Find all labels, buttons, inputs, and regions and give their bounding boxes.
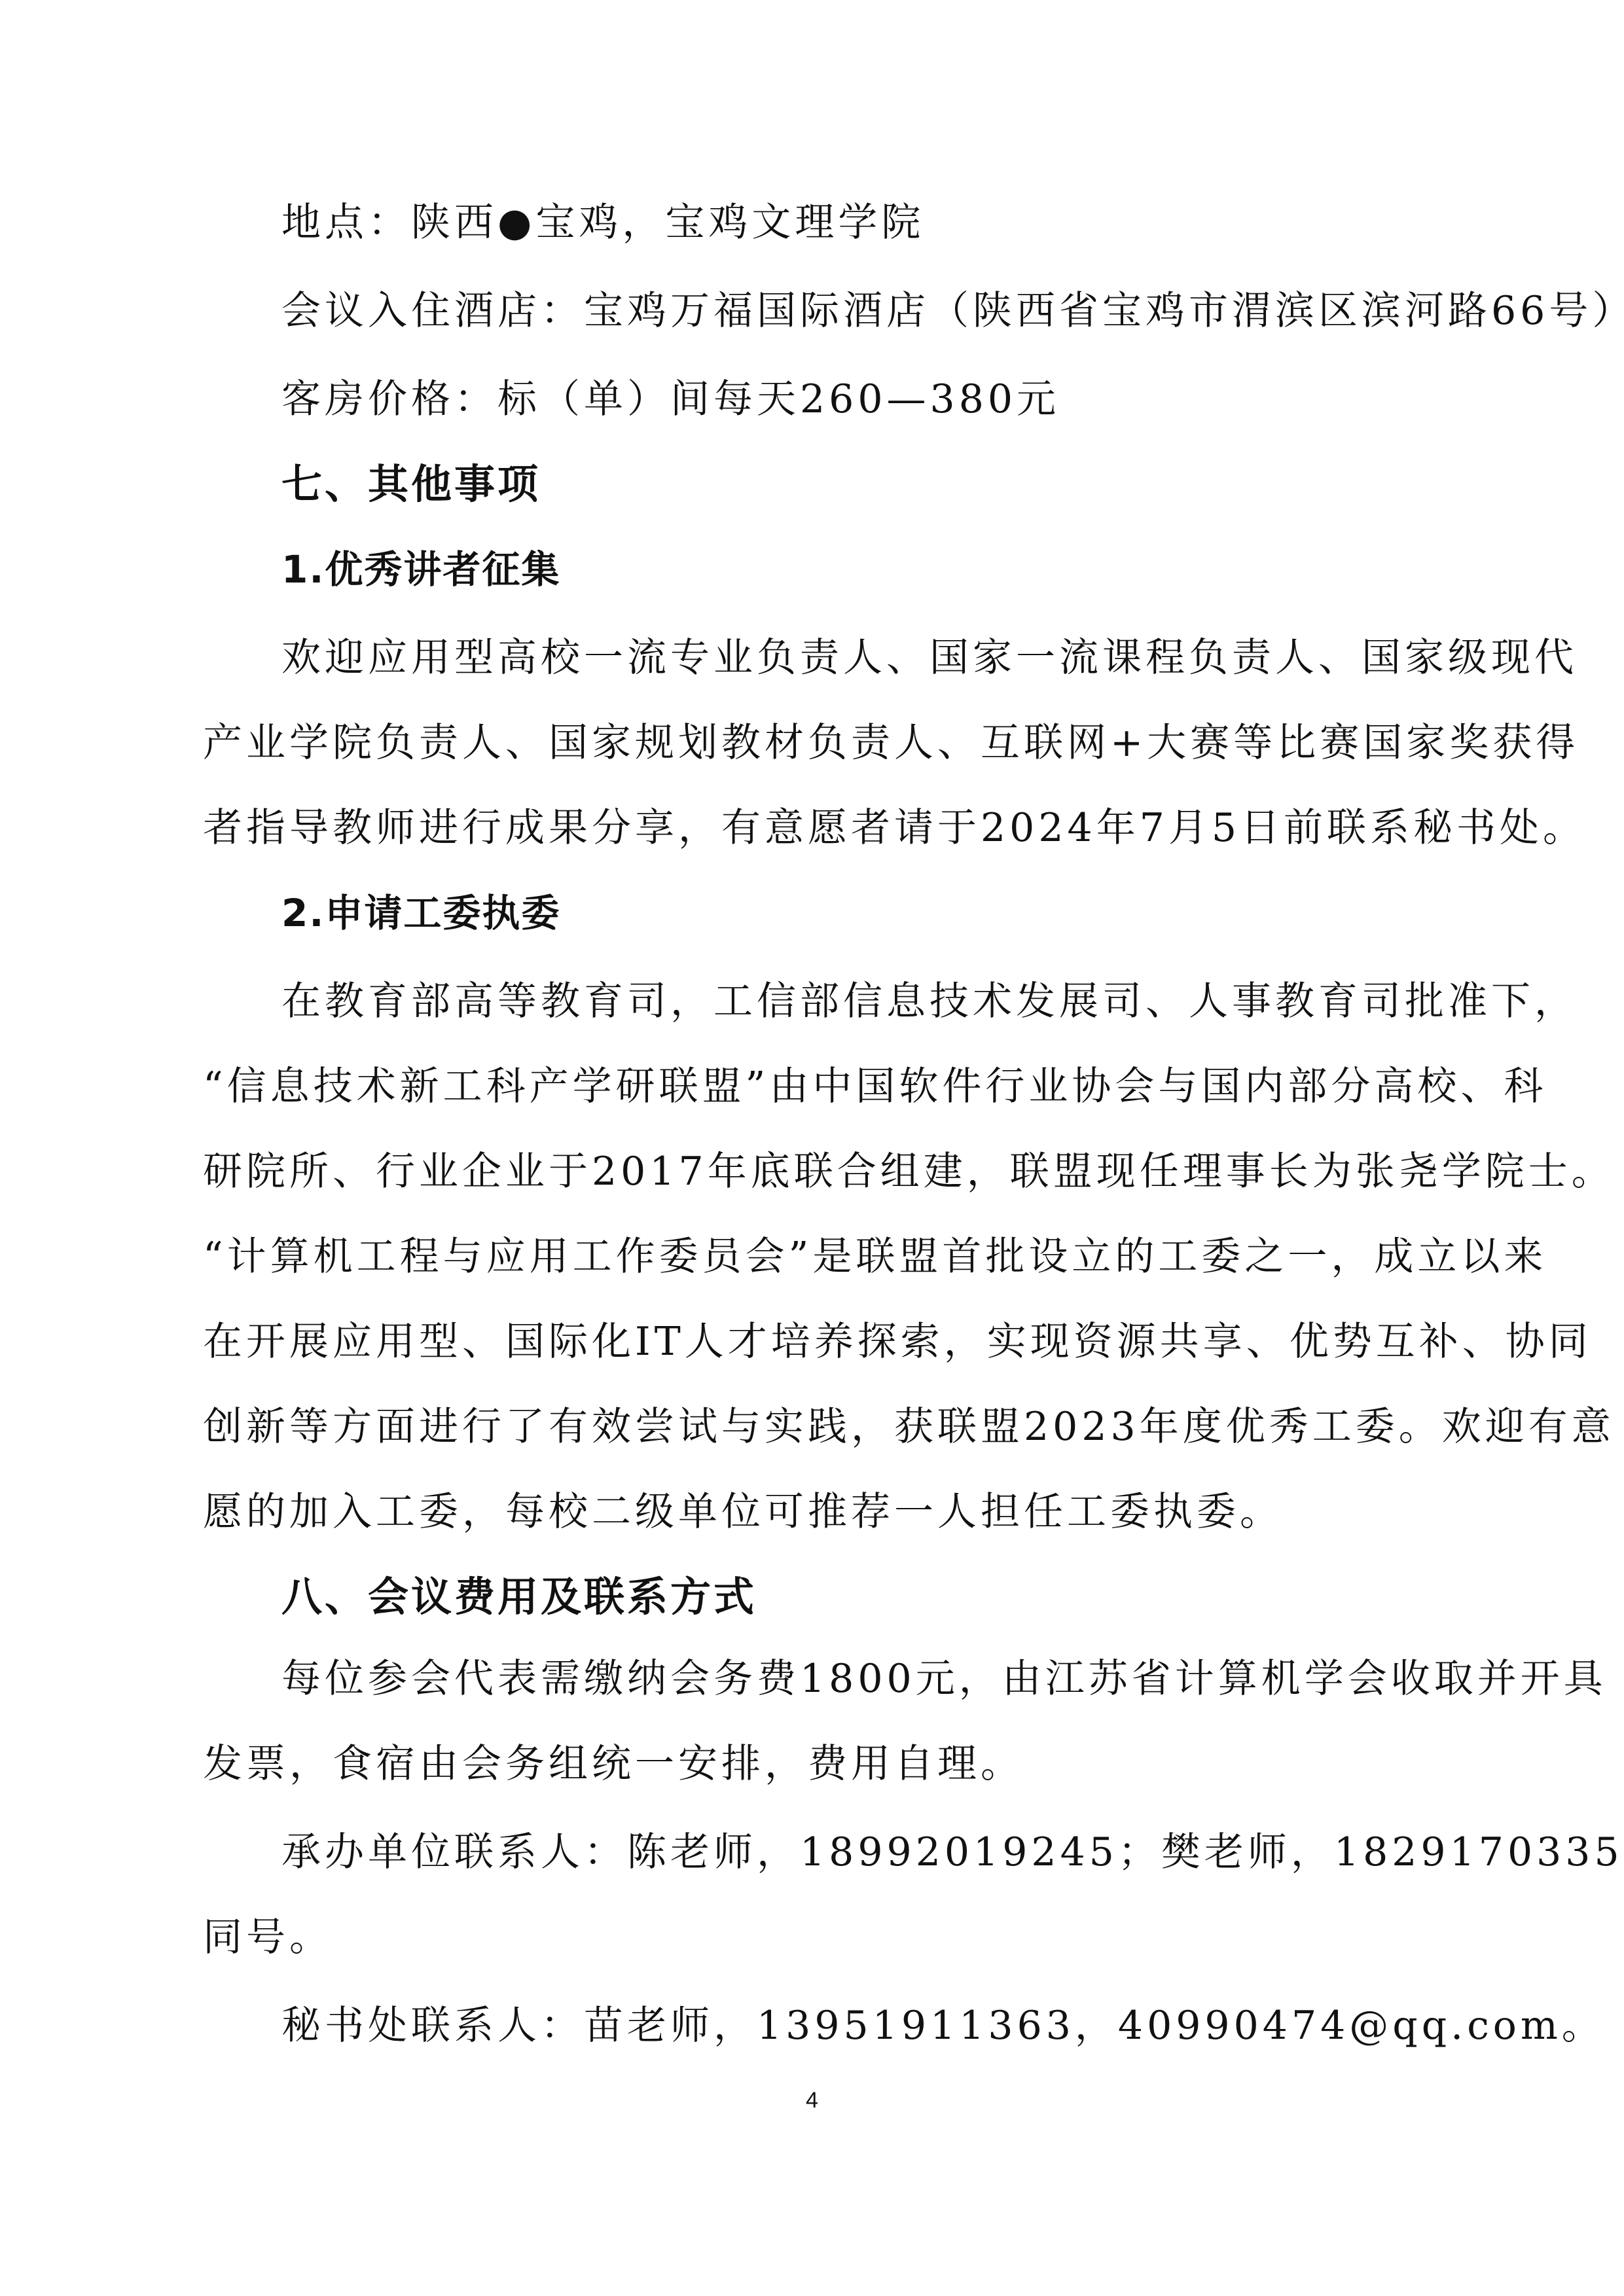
- venue-room-price: 客房价格：标（单）间每天260—380元: [281, 373, 1420, 425]
- paragraph-line: “信息技术新工科产学研联盟”由中国软件行业协会与国内部分高校、科: [203, 1060, 1420, 1113]
- organizer-contact-line: 承办单位联系人：陈老师，18992019245；樊老师，18291703355；…: [281, 1826, 1420, 1878]
- fee-line: 发票，食宿由会务组统一安排，费用自理。: [203, 1738, 1420, 1790]
- venue-location: 地点：陕西●宝鸡，宝鸡文理学院: [281, 196, 1420, 249]
- paragraph-line: 者指导教师进行成果分享，有意愿者请于2024年7月5日前联系秘书处。: [203, 802, 1420, 854]
- page-number: 4: [0, 2088, 1624, 2113]
- paragraph-line: 创新等方面进行了有效尝试与实践，获联盟2023年度优秀工委。欢迎有意: [203, 1401, 1420, 1453]
- subsection-1-heading: 1.优秀讲者征集: [281, 543, 1420, 596]
- section-7-heading: 七、其他事项: [281, 458, 1420, 511]
- section-8-heading: 八、会议费用及联系方式: [281, 1571, 1420, 1623]
- paragraph-line: “计算机工程与应用工作委员会”是联盟首批设立的工委之一，成立以来: [203, 1230, 1420, 1283]
- paragraph-line: 愿的加入工委，每校二级单位可推荐一人担任工委执委。: [203, 1486, 1420, 1538]
- paragraph-line: 欢迎应用型高校一流专业负责人、国家一流课程负责人、国家级现代: [281, 632, 1420, 684]
- paragraph-line: 在教育部高等教育司，工信部信息技术发展司、人事教育司批准下，: [281, 975, 1420, 1028]
- paragraph-line: 在开展应用型、国际化IT人才培养探索，实现资源共享、优势互补、协同: [203, 1316, 1420, 1368]
- organizer-contact-line: 同号。: [203, 1911, 1420, 1964]
- venue-hotel: 会议入住酒店：宝鸡万福国际酒店（陕西省宝鸡市渭滨区滨河路66号）: [281, 285, 1420, 337]
- paragraph-line: 产业学院负责人、国家规划教材负责人、互联网+大赛等比赛国家奖获得: [203, 717, 1420, 769]
- secretariat-contact: 秘书处联系人：苗老师，13951911363，40990474@qq.com。: [281, 2000, 1420, 2052]
- fee-line: 每位参会代表需缴纳会务费1800元，由江苏省计算机学会收取并开具: [281, 1653, 1420, 1705]
- subsection-2-heading: 2.申请工委执委: [281, 887, 1420, 939]
- paragraph-line: 研院所、行业企业于2017年底联合组建，联盟现任理事长为张尧学院士。: [203, 1145, 1420, 1198]
